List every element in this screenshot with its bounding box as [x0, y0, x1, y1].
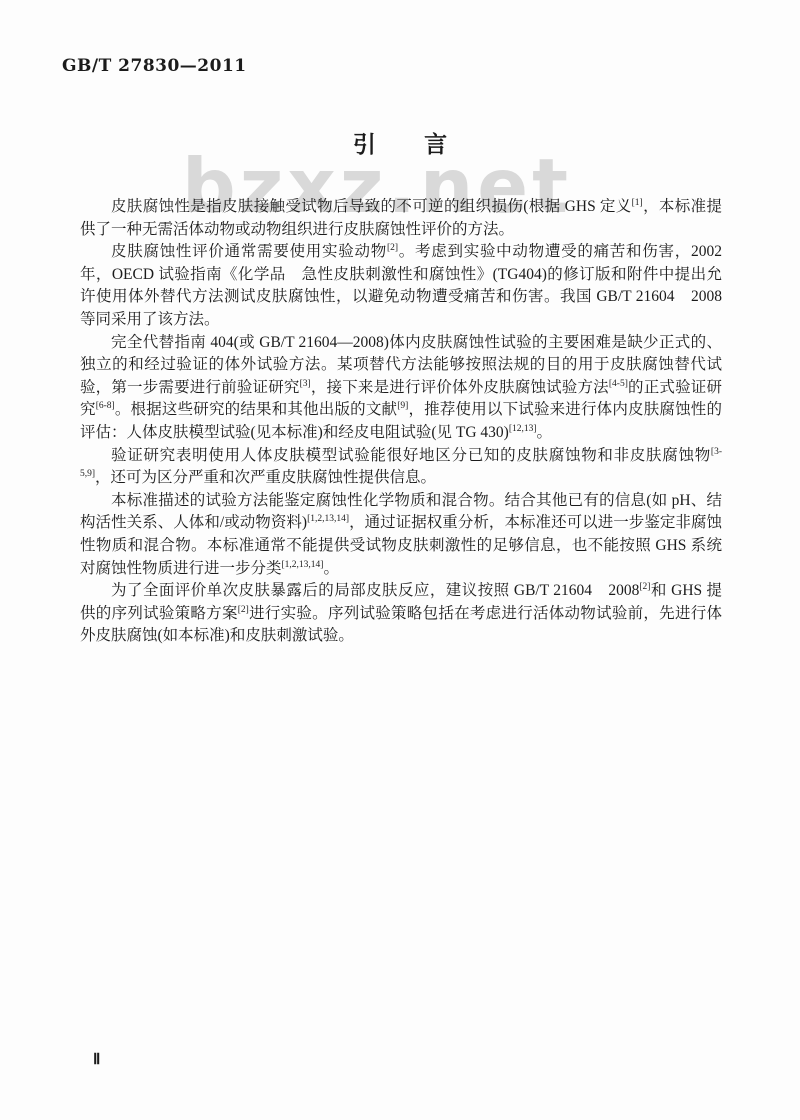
citation-superscript: [3] [300, 379, 311, 389]
paragraph: 本标准描述的试验方法能鉴定腐蚀性化学物质和混合物。结合其他已有的信息(如 pH、… [80, 490, 722, 580]
citation-superscript: [9] [397, 401, 408, 411]
document-page: GB/T 27830—2011 bzxz.net 引 言 皮肤腐蚀性是指皮肤接触… [0, 0, 800, 1120]
body-text: 皮肤腐蚀性是指皮肤接触受试物后导致的不可逆的组织损伤(根据 GHS 定义[1]，… [80, 196, 722, 648]
citation-superscript: [6-8] [96, 401, 115, 411]
citation-superscript: [1] [632, 198, 643, 208]
paragraph: 为了全面评价单次皮肤暴露后的局部皮肤反应，建议按照 GB/T 21604 200… [80, 580, 722, 648]
page-title: 引 言 [0, 126, 800, 159]
citation-superscript: [4-5] [609, 379, 628, 389]
paragraph: 皮肤腐蚀性评价通常需要使用实验动物[2]。考虑到实验中动物遭受的痛苦和伤害，20… [80, 241, 722, 331]
citation-superscript: [1,2,13,14] [282, 559, 324, 569]
standard-number: GB/T 27830—2011 [62, 56, 247, 76]
citation-superscript: [2] [387, 243, 398, 253]
citation-superscript: [1,2,13,14] [307, 514, 349, 524]
citation-superscript: [3-5,9] [80, 446, 722, 479]
paragraph: 验证研究表明使用人体皮肤模型试验能很好地区分已知的皮肤腐蚀物和非皮肤腐蚀物[3-… [80, 445, 722, 490]
citation-superscript: [12,13] [509, 424, 537, 434]
paragraph: 完全代替指南 404(或 GB/T 21604—2008)体内皮肤腐蚀性试验的主… [80, 332, 722, 445]
citation-superscript: [2] [639, 582, 650, 592]
paragraph: 皮肤腐蚀性是指皮肤接触受试物后导致的不可逆的组织损伤(根据 GHS 定义[1]，… [80, 196, 722, 241]
citation-superscript: [2] [238, 605, 249, 615]
page-number: Ⅱ [93, 1050, 100, 1069]
